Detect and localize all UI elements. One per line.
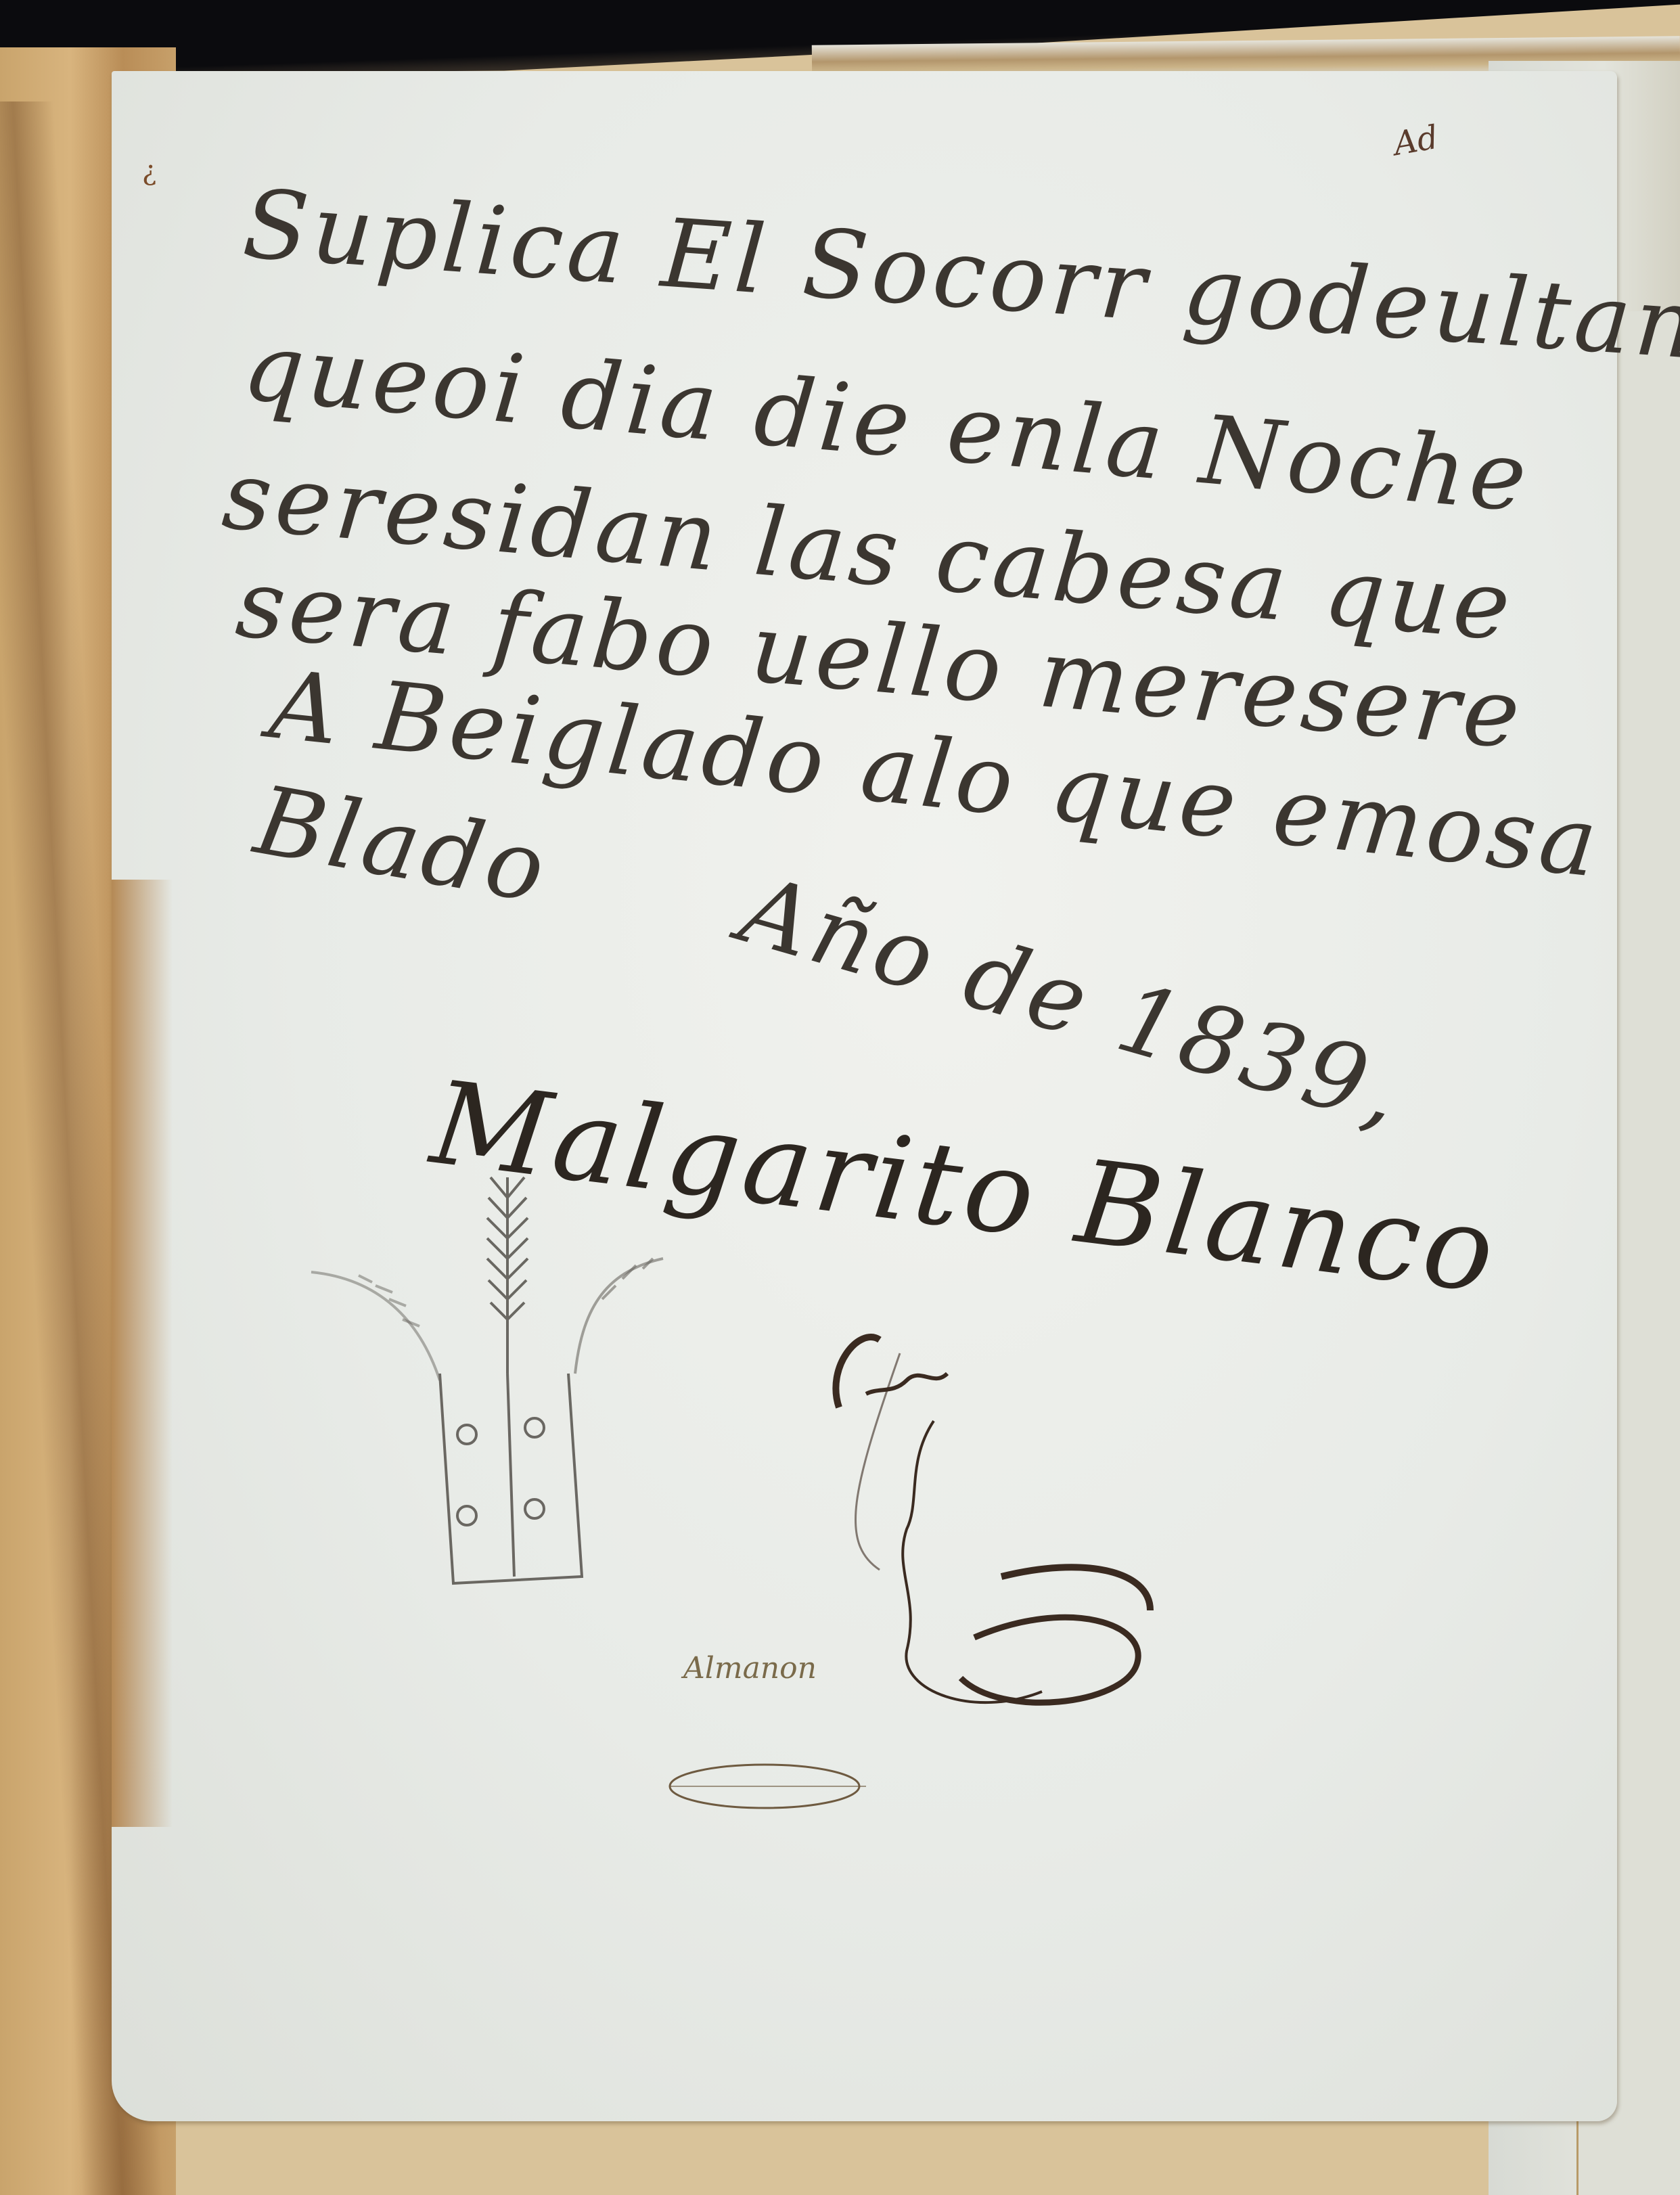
signature-flourish-icon xyxy=(650,1712,920,1820)
rubric-flourish-icon xyxy=(798,1286,1340,1759)
margin-mark: ¿ xyxy=(142,156,156,187)
plant-drawing-icon xyxy=(284,1150,744,1624)
page-stain xyxy=(112,880,173,1827)
small-rubric-text: Almanon xyxy=(683,1651,817,1685)
margin-note: Ad xyxy=(1391,118,1441,164)
